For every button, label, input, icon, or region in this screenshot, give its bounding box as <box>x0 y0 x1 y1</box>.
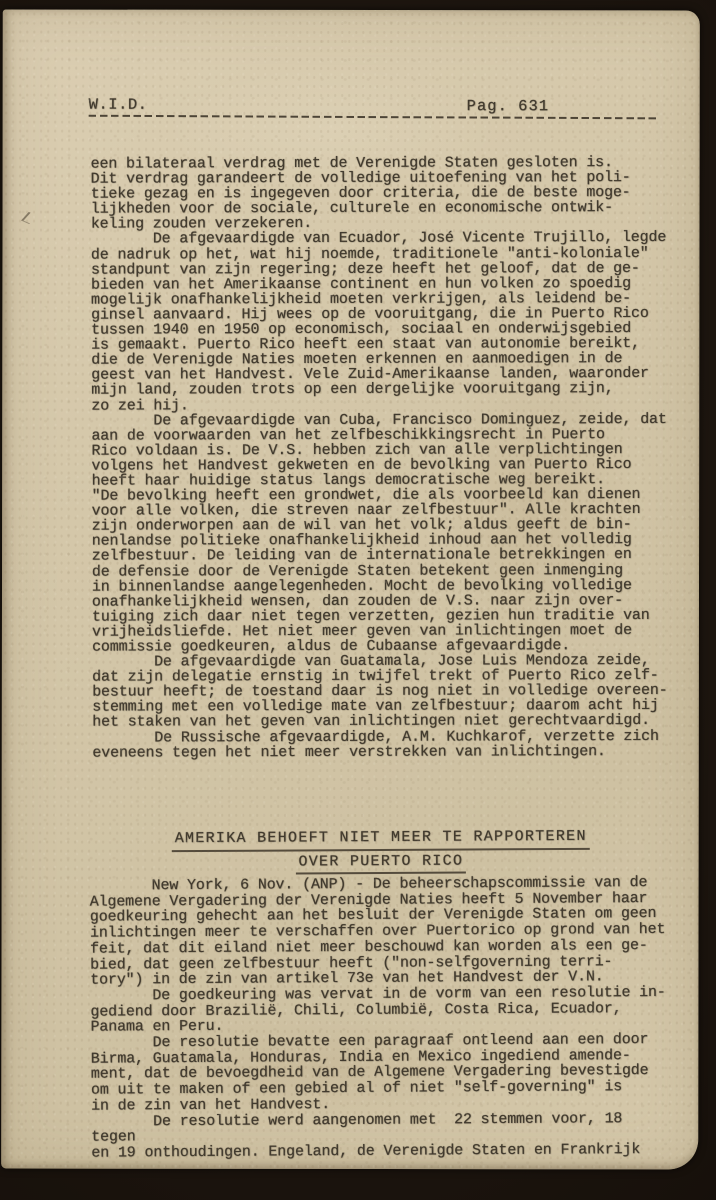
ink-speck <box>21 212 37 224</box>
article-report: New York, 6 Nov. (ANP) - De beheerschaps… <box>90 875 674 1161</box>
article-un-debate: een bilateraal verdrag met de Verenigde … <box>91 155 675 760</box>
paragraph: een bilateraal verdrag met de Verenigde … <box>91 155 673 232</box>
page-header: W.I.D. Pag. 631 <box>89 94 660 125</box>
heading-text: OVER PUERTO RICO <box>295 851 466 874</box>
article-heading: AMERIKA BEHOEFT NIET MEER TE RAPPORTEREN… <box>90 825 672 875</box>
paragraph: De afgevaardigde van Guatamala, Jose Lui… <box>92 653 674 730</box>
paragraph: De resolutie werd aangenomen met 22 stem… <box>91 1110 673 1161</box>
paragraph: New York, 6 Nov. (ANP) - De beheerschaps… <box>90 875 673 989</box>
paragraph: De Russische afgevaardigde, A.M. Kuchkar… <box>92 728 674 760</box>
heading-line-1: AMERIKA BEHOEFT NIET MEER TE RAPPORTEREN <box>90 825 672 852</box>
paper-sheet: W.I.D. Pag. 631 een bilateraal verdrag m… <box>1 10 700 1170</box>
heading-text: AMERIKA BEHOEFT NIET MEER TE RAPPORTEREN <box>172 827 590 852</box>
paragraph: De afgevaardigde van Cuba, Francisco Dom… <box>91 412 674 655</box>
scanned-page-background: W.I.D. Pag. 631 een bilateraal verdrag m… <box>0 0 716 1200</box>
page-number: Pag. 631 <box>467 97 549 115</box>
paragraph: De resolutie bevatte een paragraaf ontle… <box>91 1032 673 1114</box>
journal-abbreviation: W.I.D. <box>89 96 148 114</box>
dashed-rule <box>89 115 660 120</box>
paragraph: De goedkeuring was vervat in de vorm van… <box>90 985 672 1036</box>
paragraph: De afgevaardigde van Ecuador, José Vicen… <box>91 230 674 413</box>
heading-line-2: OVER PUERTO RICO <box>90 849 672 876</box>
